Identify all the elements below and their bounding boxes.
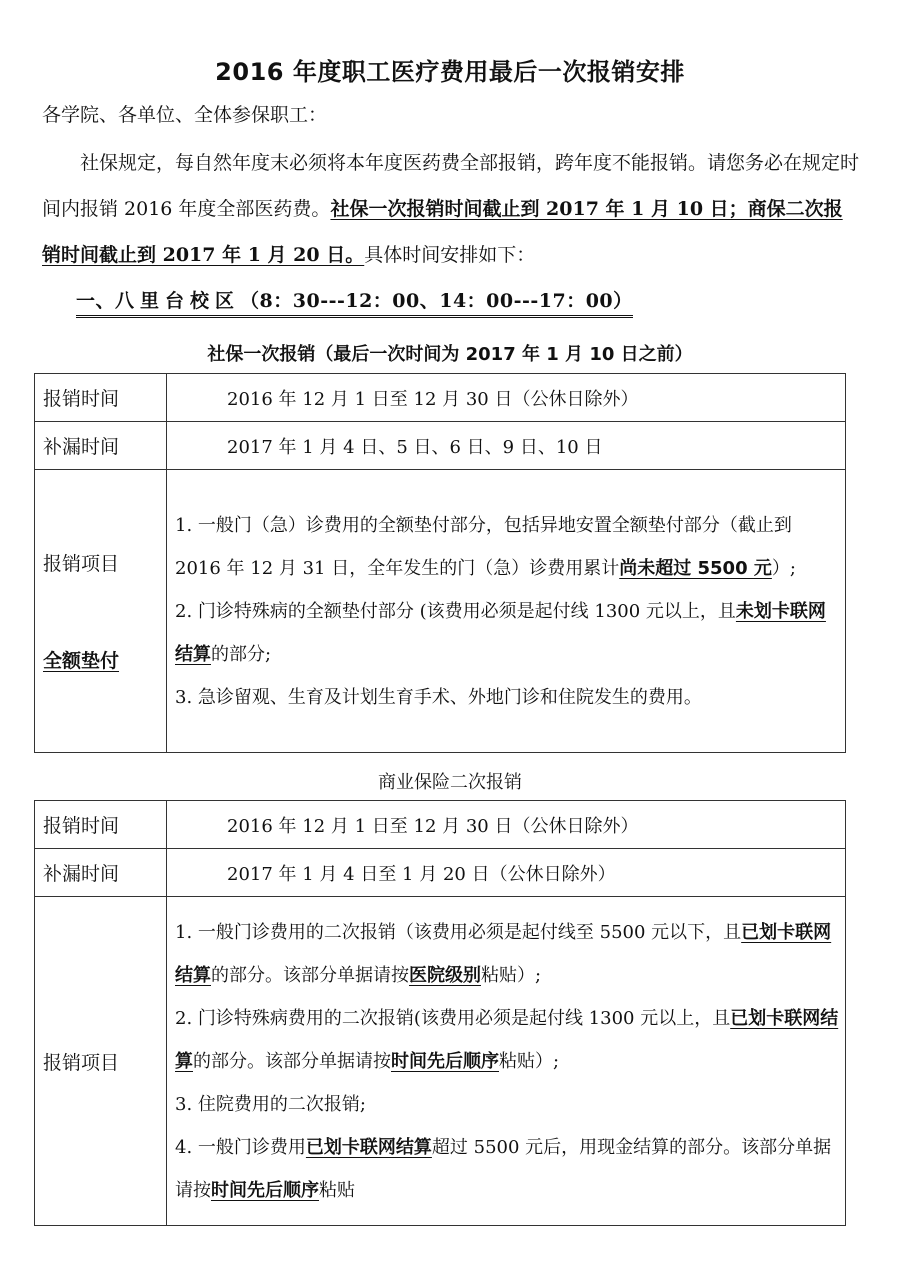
item-text: 的部分。该部分单据请按 [211, 965, 409, 986]
row-label: 补漏时间 [35, 422, 167, 470]
items-cell: 1. 一般门（急）诊费用的全额垫付部分，包括异地安置全额垫付部分（截止到 201… [167, 470, 846, 753]
row-label: 补漏时间 [35, 849, 167, 897]
list-item: 2. 门诊特殊病费用的二次报销(该费用必须是起付线 1300 元以上，且已划卡联… [175, 997, 839, 1083]
item-text: 一般门诊费用的二次报销（该费用必须是起付线至 5500 元以下，且 [198, 922, 741, 943]
item-text: 粘贴）; [499, 1051, 559, 1072]
row-value: 2016 年 12 月 1 日至 12 月 30 日（公休日除外） [167, 801, 846, 849]
item-text: 一般门诊费用 [198, 1137, 306, 1158]
item-emphasis: 时间先后顺序 [211, 1180, 319, 1201]
list-item: 2. 门诊特殊病的全额垫付部分 (该费用必须是起付线 1300 元以上，且未划卡… [175, 590, 839, 676]
table-row: 补漏时间 2017 年 1 月 4 日至 1 月 20 日（公休日除外） [35, 849, 846, 897]
item-number: 3. [175, 687, 192, 708]
table2-caption: 商业保险二次报销 [0, 768, 900, 794]
row-value: 2016 年 12 月 1 日至 12 月 30 日（公休日除外） [167, 374, 846, 422]
table-row: 补漏时间 2017 年 1 月 4 日、5 日、6 日、9 日、10 日 [35, 422, 846, 470]
commercial-insurance-table: 报销时间 2016 年 12 月 1 日至 12 月 30 日（公休日除外） 补… [34, 800, 846, 1226]
campus-name: 八里台校区 [115, 290, 240, 312]
item-text: 粘贴）; [481, 965, 541, 986]
list-item: 3. 住院费用的二次报销; [175, 1083, 839, 1126]
item-emphasis: 医院级别 [409, 965, 481, 986]
item-text: ）; [772, 558, 796, 579]
item-number: 1. [175, 515, 192, 536]
item-text: 门诊特殊病费用的二次报销(该费用必须是起付线 1300 元以上，且 [198, 1008, 730, 1029]
row-value: 2017 年 1 月 4 日至 1 月 20 日（公休日除外） [167, 849, 846, 897]
intro-text-tail: 具体时间安排如下： [364, 244, 535, 266]
items-cell: 1. 一般门诊费用的二次报销（该费用必须是起付线至 5500 元以下，且已划卡联… [167, 897, 846, 1226]
table1-caption: 社保一次报销（最后一次时间为 2017 年 1 月 10 日之前） [0, 340, 900, 366]
campus-hours: （8：30---12：00、14：00---17：00） [240, 290, 633, 312]
campus-prefix: 一、 [76, 290, 115, 312]
items-label: 报销项目 [35, 897, 167, 1226]
item-number: 4. [175, 1137, 192, 1158]
list-item: 3. 急诊留观、生育及计划生育手术、外地门诊和住院发生的费用。 [175, 676, 839, 719]
table-row: 报销时间 2016 年 12 月 1 日至 12 月 30 日（公休日除外） [35, 374, 846, 422]
list-item: 1. 一般门（急）诊费用的全额垫付部分，包括异地安置全额垫付部分（截止到 201… [175, 504, 839, 590]
item-number: 2. [175, 601, 192, 622]
row-label: 报销时间 [35, 801, 167, 849]
list-item: 1. 一般门诊费用的二次报销（该费用必须是起付线至 5500 元以下，且已划卡联… [175, 911, 839, 997]
item-emphasis: 尚未超过 5500 元 [619, 558, 772, 579]
item-text: 门诊特殊病的全额垫付部分 (该费用必须是起付线 1300 元以上，且 [198, 601, 736, 622]
table-row: 报销时间 2016 年 12 月 1 日至 12 月 30 日（公休日除外） [35, 801, 846, 849]
item-emphasis: 时间先后顺序 [391, 1051, 499, 1072]
items-sublabel: 全额垫付 [43, 646, 165, 673]
intro-paragraph: 社保规定，每自然年度末必须将本年度医药费全部报销，跨年度不能报销。请您务必在规定… [42, 140, 860, 278]
social-insurance-table: 报销时间 2016 年 12 月 1 日至 12 月 30 日（公休日除外） 补… [34, 373, 846, 753]
item-text: 住院费用的二次报销; [198, 1094, 366, 1115]
item-text: 急诊留观、生育及计划生育手术、外地门诊和住院发生的费用。 [198, 687, 702, 708]
table-row-items: 报销项目 全额垫付 1. 一般门（急）诊费用的全额垫付部分，包括异地安置全额垫付… [35, 470, 846, 753]
item-number: 1. [175, 922, 192, 943]
campus-heading: 一、八里台校区（8：30---12：00、14：00---17：00） [76, 286, 633, 318]
list-item: 4. 一般门诊费用已划卡联网结算超过 5500 元后，用现金结算的部分。该部分单… [175, 1126, 839, 1212]
item-number: 2. [175, 1008, 192, 1029]
row-value: 2017 年 1 月 4 日、5 日、6 日、9 日、10 日 [167, 422, 846, 470]
item-text: 的部分; [211, 644, 271, 665]
items-label: 报销项目 [43, 549, 165, 576]
items-label-cell: 报销项目 全额垫付 [35, 470, 167, 753]
item-emphasis: 已划卡联网结算 [306, 1137, 432, 1158]
item-number: 3. [175, 1094, 192, 1115]
salutation: 各学院、各单位、全体参保职工： [42, 100, 327, 127]
document-title: 2016 年度职工医疗费用最后一次报销安排 [0, 52, 900, 87]
item-text: 粘贴 [319, 1180, 355, 1201]
table-row-items: 报销项目 1. 一般门诊费用的二次报销（该费用必须是起付线至 5500 元以下，… [35, 897, 846, 1226]
item-text: 的部分。该部分单据请按 [193, 1051, 391, 1072]
row-label: 报销时间 [35, 374, 167, 422]
